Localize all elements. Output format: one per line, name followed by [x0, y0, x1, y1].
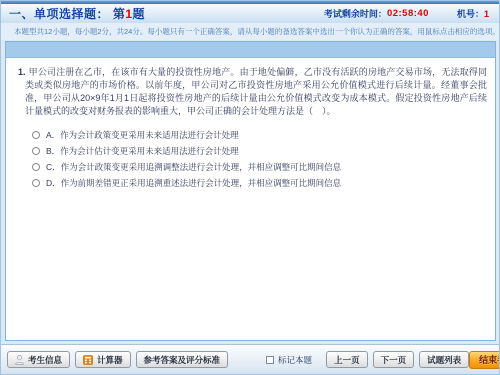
candidate-info-button[interactable]: 考生信息 [7, 351, 70, 368]
person-icon [15, 355, 24, 365]
reference-answers-button[interactable]: 参考答案及评分标准 [136, 351, 229, 368]
machine-value: 1 [484, 9, 489, 19]
question-list-button[interactable]: 试题列表 [419, 351, 469, 368]
exam-window: 一、单项选择题： 第1题 考试剩余时间： 02:58:40 机号：1 本题型共1… [0, 0, 500, 375]
current-question-number: 1 [125, 7, 132, 21]
options-list: A．作为会计政策变更采用未来适用法进行会计处理 B．作为会计估计变更采用未来适用… [18, 127, 487, 191]
option-a-label: A．作为会计政策变更采用未来适用法进行会计处理 [46, 129, 239, 141]
calculator-button[interactable]: 计算器 [75, 351, 131, 368]
timer-label: 考试剩余时间： [324, 7, 387, 20]
option-a-radio[interactable] [32, 131, 40, 139]
candidate-info-label: 考生信息 [28, 354, 62, 366]
question-body: 甲公司注册在乙市，在该市有大量的投资性房地产。由于地处偏僻，乙市没有活跃的房地产… [25, 67, 487, 116]
timer-value: 02:58:40 [387, 8, 429, 19]
header-status: 考试剩余时间： 02:58:40 机号：1 [324, 7, 489, 20]
next-page-button[interactable]: 下一页 [373, 351, 415, 368]
option-d[interactable]: D．作为前期差错更正采用追溯重述法进行会计处理，并相应调整可比期间信息 [32, 175, 487, 191]
option-d-label: D．作为前期差错更正采用追溯重述法进行会计处理，并相应调整可比期间信息 [46, 177, 341, 189]
mark-question-control[interactable]: 标记本题 [266, 354, 312, 366]
end-exam-button[interactable]: 结束考试 [469, 351, 500, 369]
option-c-radio[interactable] [32, 163, 40, 171]
page-nav-group: 上一页 下一页 试题列表 [326, 351, 469, 368]
section-title-prefix: 一、单项选择题： 第 [9, 7, 125, 21]
machine-label: 机号： [457, 9, 484, 19]
option-b[interactable]: B．作为会计估计变更采用未来适用法进行会计处理 [32, 143, 487, 159]
reference-answers-label: 参考答案及评分标准 [144, 354, 221, 366]
question-text: 1.甲公司注册在乙市，在该市有大量的投资性房地产。由于地处偏僻，乙市没有活跃的房… [18, 66, 487, 118]
option-c-label: C．作为会计政策变更采用追溯调整法进行会计处理，并相应调整可比期间信息 [46, 161, 341, 173]
bottom-toolbar: 考生信息 计算器 参考答案及评分标准 标记本题 上一页 下一页 试题列表 结束考… [1, 344, 499, 374]
question-panel-header-bar [6, 42, 495, 58]
mark-question-checkbox[interactable] [266, 356, 274, 364]
section-instructions: 本题型共12小题，每小题2分，共24分。每小题只有一个正确答案，请从每小题的备选… [1, 23, 499, 40]
option-b-radio[interactable] [32, 147, 40, 155]
calculator-label: 计算器 [97, 354, 123, 366]
option-a[interactable]: A．作为会计政策变更采用未来适用法进行会计处理 [32, 127, 487, 143]
option-b-label: B．作为会计估计变更采用未来适用法进行会计处理 [46, 145, 239, 157]
question-number: 1. [18, 67, 26, 77]
mark-question-label: 标记本题 [278, 354, 312, 366]
calculator-icon [83, 355, 93, 365]
header-bar: 一、单项选择题： 第1题 考试剩余时间： 02:58:40 机号：1 [1, 4, 499, 23]
option-c[interactable]: C．作为会计政策变更采用追溯调整法进行会计处理，并相应调整可比期间信息 [32, 159, 487, 175]
machine-number: 机号：1 [457, 7, 489, 20]
section-title: 一、单项选择题： 第1题 [9, 5, 145, 22]
question-area: 1.甲公司注册在乙市，在该市有大量的投资性房地产。由于地处偏僻，乙市没有活跃的房… [6, 58, 495, 191]
question-panel: 1.甲公司注册在乙市，在该市有大量的投资性房地产。由于地处偏僻，乙市没有活跃的房… [5, 41, 496, 341]
section-title-suffix: 题 [133, 7, 146, 21]
previous-page-button[interactable]: 上一页 [326, 351, 368, 368]
option-d-radio[interactable] [32, 179, 40, 187]
